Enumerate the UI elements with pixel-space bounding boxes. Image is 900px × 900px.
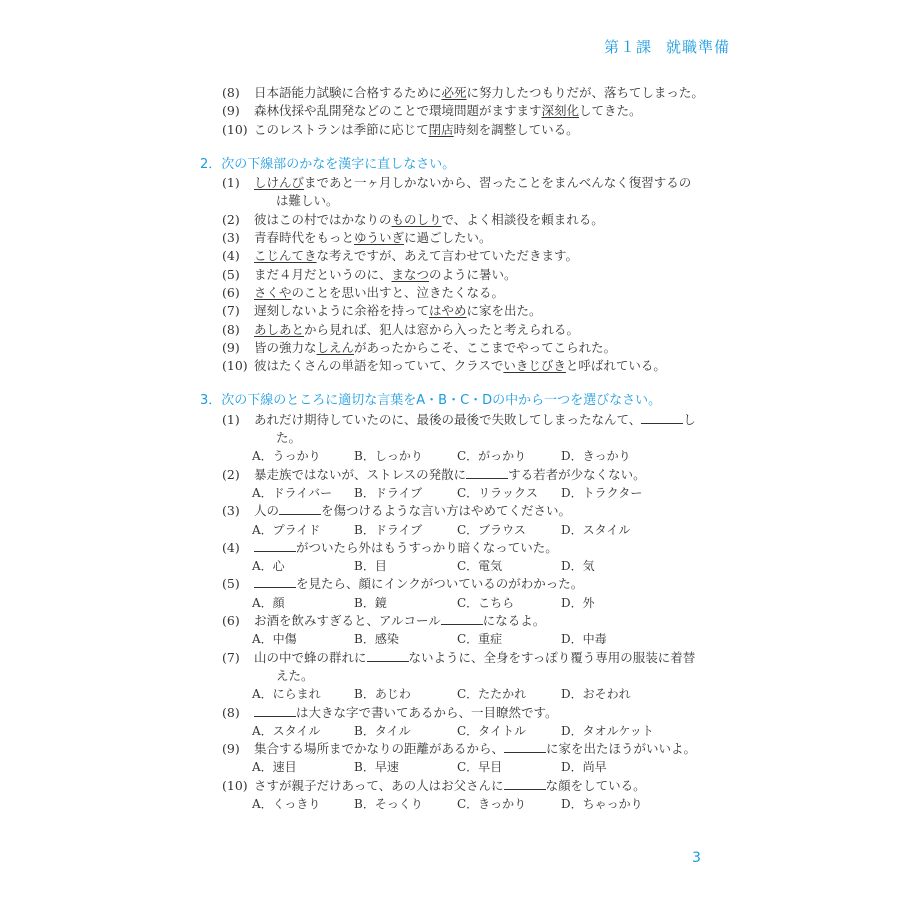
answer-option: B．鏡 (354, 594, 387, 612)
question-number: (7) (222, 649, 240, 667)
question-number: (5) (222, 266, 240, 284)
underlined-word: いきじびき (503, 358, 566, 373)
underlined-word: あしあと (254, 322, 304, 337)
answer-blank (279, 502, 321, 515)
answer-option: C．リラックス (457, 484, 538, 502)
section-2-items: (1)しけんびまであと一ヶ月しかないから、習ったことをまんべんなく復習するのは難… (200, 174, 740, 375)
answer-option: C．タイトル (457, 722, 526, 740)
answer-options: A．速目B．早速C．早目D．尚早 (200, 758, 740, 776)
answer-option: A．くっきり (252, 795, 320, 813)
answer-option: D．トラクター (561, 484, 642, 502)
answer-options: A．ドライバーB．ドライブC．リラックスD．トラクター (200, 484, 740, 502)
question-number: (1) (222, 174, 240, 192)
answer-option: B．目 (354, 557, 387, 575)
answer-options: A．スタイルB．タイルC．タイトルD．タオルケット (200, 722, 740, 740)
answer-blank (254, 539, 296, 552)
answer-option: C．たたかれ (457, 685, 526, 703)
question-item: (2)暴走族ではないが、ストレスの発散にする若者が少なくない。 (200, 466, 740, 484)
question-text: さくやのことを思い出すと、泣きたくなる。 (254, 285, 504, 300)
underlined-word: まなつ (392, 267, 430, 282)
answer-option: C．がっかり (457, 447, 526, 465)
question-number: (10) (222, 357, 248, 375)
question-text: あしあとから見れば、犯人は窓から入ったと考えられる。 (254, 322, 579, 337)
answer-option: D．中毒 (561, 630, 607, 648)
question-number: (2) (222, 211, 240, 229)
answer-blank (254, 704, 296, 717)
question-item: (6)さくやのことを思い出すと、泣きたくなる。 (200, 284, 740, 302)
question-number: (5) (222, 575, 240, 593)
question-text: 人のを傷つけるような言い方はやめてください。 (254, 503, 571, 518)
question-item: (9)集合する場所までかなりの距離があるから、に家を出たほうがいいよ。 (200, 740, 740, 758)
answer-options: A．心B．目C．電気D．気 (200, 557, 740, 575)
answer-option: A．顔 (252, 594, 285, 612)
question-item: (5)を見たら、顔にインクがついているのがわかった。 (200, 575, 740, 593)
lesson-number: 第１課 (604, 38, 652, 56)
question-item: (6)お酒を飲みすぎると、アルコールになるよ。 (200, 612, 740, 630)
page-number: 3 (692, 850, 701, 866)
underlined-word: 閉店 (429, 122, 454, 137)
question-item: (10)このレストランは季節に応じて閉店時刻を調整している。 (200, 121, 740, 139)
question-text: た。 (276, 430, 301, 445)
answer-option: C．早目 (457, 758, 502, 776)
question-item: (1)しけんびまであと一ヶ月しかないから、習ったことをまんべんなく復習するの (200, 174, 740, 192)
underlined-word: しけんび (254, 175, 304, 190)
answer-option: A．プライド (252, 521, 320, 539)
question-number: (9) (222, 102, 240, 120)
answer-option: A．にらまれ (252, 685, 321, 703)
answer-option: B．しっかり (354, 447, 423, 465)
answer-options: A．にらまれB．あじわC．たたかれD．おそわれ (200, 685, 740, 703)
question-text: を見たら、顔にインクがついているのがわかった。 (254, 576, 583, 591)
answer-option: B．ドライブ (354, 521, 422, 539)
question-item: (10)さすが親子だけあって、あの人はお父さんにな顔をしている。 (200, 777, 740, 795)
answer-option: C．きっかり (457, 795, 526, 813)
question-text: お酒を飲みすぎると、アルコールになるよ。 (254, 613, 545, 628)
question-item: (8)は大きな字で書いてあるから、一目瞭然です。 (200, 704, 740, 722)
answer-option: A．心 (252, 557, 285, 575)
question-item: (4)がついたら外はもうすっかり暗くなっていた。 (200, 539, 740, 557)
answer-blank (466, 466, 508, 479)
answer-option: D．スタイル (561, 521, 630, 539)
question-item: (7)山の中で蜂の群れにないように、全身をすっぽり覆う専用の服装に着替 (200, 649, 740, 667)
question-number: (6) (222, 284, 240, 302)
answer-option: C．ブラウス (457, 521, 526, 539)
answer-option: A．ドライバー (252, 484, 332, 502)
question-number: (8) (222, 704, 240, 722)
underlined-word: こじんてき (254, 248, 317, 263)
question-number: (10) (222, 777, 248, 795)
question-text: こじんてきな考えですが、あえて言わせていただきます。 (254, 248, 578, 263)
question-continuation: た。 (200, 429, 740, 447)
page-content: (8)日本語能力試験に合格するために必死に努力したつもりだが、落ちてしまった。(… (200, 84, 740, 813)
answer-blank (441, 612, 483, 625)
question-number: (8) (222, 84, 240, 102)
answer-option: D．尚早 (561, 758, 607, 776)
chapter-header: 第１課就職準備 (604, 36, 730, 57)
answer-blank (641, 411, 683, 424)
question-item: (2)彼はこの村ではかなりのものしりで、よく相談役を頼まれる。 (200, 211, 740, 229)
underlined-word: 深刻化 (542, 103, 580, 118)
answer-options: A．くっきりB．そっくりC．きっかりD．ちゃっかり (200, 795, 740, 813)
answer-option: B．早速 (354, 758, 399, 776)
question-item: (5)まだ４月だというのに、まなつのように暑い。 (200, 266, 740, 284)
answer-option: C．重症 (457, 630, 502, 648)
question-text: 彼はこの村ではかなりのものしりで、よく相談役を頼まれる。 (254, 212, 604, 227)
underlined-word: ゆういぎ (354, 230, 404, 245)
answer-option: D．タオルケット (561, 722, 654, 740)
underlined-word: しえん (317, 340, 355, 355)
answer-blank (504, 777, 546, 790)
question-text: しけんびまであと一ヶ月しかないから、習ったことをまんべんなく復習するの (254, 175, 691, 190)
question-text: 暴走族ではないが、ストレスの発散にする若者が少なくない。 (254, 467, 646, 482)
answer-options: A．顔B．鏡C．こちらD．外 (200, 594, 740, 612)
answer-option: A．中傷 (252, 630, 297, 648)
answer-option: D．外 (561, 594, 595, 612)
underlined-word: はやめ (429, 303, 467, 318)
answer-option: D．きっかり (561, 447, 631, 465)
question-text: 青春時代をもっとゆういぎに過ごしたい。 (254, 230, 492, 245)
question-item: (4)こじんてきな考えですが、あえて言わせていただきます。 (200, 247, 740, 265)
answer-option: A．速目 (252, 758, 297, 776)
question-text: 彼はたくさんの単語を知っていて、クラスでいきじびきと呼ばれている。 (254, 358, 666, 373)
section-3-items: (1)あれだけ期待していたのに、最後の最後で失敗してしまったなんて、した。A．う… (200, 411, 740, 814)
question-item: (1)あれだけ期待していたのに、最後の最後で失敗してしまったなんて、し (200, 411, 740, 429)
answer-blank (367, 649, 409, 662)
question-item: (10)彼はたくさんの単語を知っていて、クラスでいきじびきと呼ばれている。 (200, 357, 740, 375)
question-item: (8)あしあとから見れば、犯人は窓から入ったと考えられる。 (200, 321, 740, 339)
question-text: は大きな字で書いてあるから、一目瞭然です。 (254, 705, 558, 720)
question-item: (3)人のを傷つけるような言い方はやめてください。 (200, 502, 740, 520)
answer-option: B．あじわ (354, 685, 411, 703)
question-text: 遅刻しないように余裕を持ってはやめに家を出た。 (254, 303, 542, 318)
question-number: (8) (222, 321, 240, 339)
answer-option: B．ドライブ (354, 484, 422, 502)
question-text: 日本語能力試験に合格するために必死に努力したつもりだが、落ちてしまった。 (254, 85, 704, 100)
answer-option: A．うっかり (252, 447, 321, 465)
answer-option: B．感染 (354, 630, 399, 648)
question-item: (7)遅刻しないように余裕を持ってはやめに家を出た。 (200, 302, 740, 320)
question-number: (6) (222, 612, 240, 630)
question-continuation: は難しい。 (200, 192, 740, 210)
answer-option: D．ちゃっかり (561, 795, 643, 813)
question-text: 集合する場所までかなりの距離があるから、に家を出たほうがいいよ。 (254, 741, 696, 756)
question-text: は難しい。 (276, 193, 339, 208)
answer-option: D．気 (561, 557, 595, 575)
answer-options: A．中傷B．感染C．重症D．中毒 (200, 630, 740, 648)
question-continuation: えた。 (200, 667, 740, 685)
question-number: (4) (222, 247, 240, 265)
answer-option: D．おそわれ (561, 685, 631, 703)
answer-option: A．スタイル (252, 722, 320, 740)
answer-option: C．電気 (457, 557, 502, 575)
question-number: (2) (222, 466, 240, 484)
question-number: (3) (222, 502, 240, 520)
question-number: (9) (222, 740, 240, 758)
question-text: 皆の強力なしえんがあったからこそ、ここまでやってこられた。 (254, 340, 616, 355)
question-text: がついたら外はもうすっかり暗くなっていた。 (254, 540, 558, 555)
question-number: (10) (222, 121, 248, 139)
lesson-title: 就職準備 (666, 38, 730, 56)
answer-blank (254, 575, 296, 588)
question-item: (8)日本語能力試験に合格するために必死に努力したつもりだが、落ちてしまった。 (200, 84, 740, 102)
question-number: (4) (222, 539, 240, 557)
answer-options: A．うっかりB．しっかりC．がっかりD．きっかり (200, 447, 740, 465)
answer-blank (504, 740, 546, 753)
answer-option: C．こちら (457, 594, 514, 612)
underlined-word: さくや (254, 285, 292, 300)
question-text: あれだけ期待していたのに、最後の最後で失敗してしまったなんて、し (254, 412, 696, 427)
question-text: 森林伐採や乱開発などのことで環境問題がますます深刻化してきた。 (254, 103, 642, 118)
section-1-tail: (8)日本語能力試験に合格するために必死に努力したつもりだが、落ちてしまった。(… (200, 84, 740, 139)
question-number: (9) (222, 339, 240, 357)
underlined-word: ものしり (392, 212, 442, 227)
question-number: (1) (222, 411, 240, 429)
answer-option: B．そっくり (354, 795, 423, 813)
answer-option: B．タイル (354, 722, 411, 740)
answer-options: A．プライドB．ドライブC．ブラウスD．スタイル (200, 521, 740, 539)
question-item: (3)青春時代をもっとゆういぎに過ごしたい。 (200, 229, 740, 247)
question-item: (9)皆の強力なしえんがあったからこそ、ここまでやってこられた。 (200, 339, 740, 357)
question-item: (9)森林伐採や乱開発などのことで環境問題がますます深刻化してきた。 (200, 102, 740, 120)
question-text: えた。 (276, 668, 314, 683)
question-number: (3) (222, 229, 240, 247)
question-text: このレストランは季節に応じて閉店時刻を調整している。 (254, 122, 579, 137)
underlined-word: 必死 (442, 85, 467, 100)
question-text: さすが親子だけあって、あの人はお父さんにな顔をしている。 (254, 778, 646, 793)
question-number: (7) (222, 302, 240, 320)
section-2-title: 2．次の下線部のかなを漢字に直しなさい。 (200, 156, 740, 174)
question-text: まだ４月だというのに、まなつのように暑い。 (254, 267, 517, 282)
question-text: 山の中で蜂の群れにないように、全身をすっぽり覆う専用の服装に着替 (254, 650, 695, 665)
section-3-title: 3．次の下線のところに適切な言葉をA・B・C・Dの中から一つを選びなさい。 (200, 392, 740, 410)
